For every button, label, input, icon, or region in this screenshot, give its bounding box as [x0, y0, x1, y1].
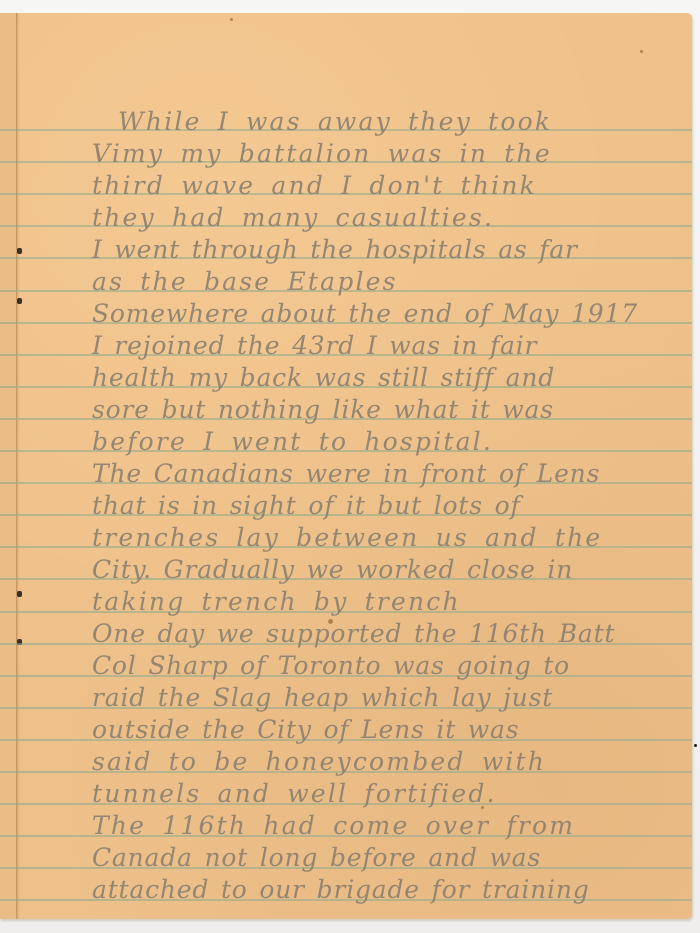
text-line: The 116th had come over from	[92, 811, 687, 841]
text-line: Vimy my battalion was in the	[92, 139, 687, 169]
text-line: sore but nothing like what it was	[92, 395, 687, 425]
text-line: I went through the hospitals as far	[92, 235, 687, 265]
text-line: as the base Etaples	[92, 267, 687, 297]
text-line: third wave and I don't think	[92, 171, 687, 201]
text-line: City. Gradually we worked close in	[92, 555, 687, 585]
text-line: taking trench by trench	[92, 587, 687, 617]
text-line: tunnels and well fortified.	[92, 779, 687, 809]
text-line: said to be honeycombed with	[92, 747, 687, 777]
text-line: The Canadians were in front of Lens	[92, 459, 687, 489]
text-line: raid the Slag heap which lay just	[92, 683, 687, 713]
text-line: One day we supported the 116th Batt	[92, 619, 687, 649]
text-line: outside the City of Lens it was	[92, 715, 687, 745]
text-line: Canada not long before and was	[92, 843, 687, 873]
text-line: I rejoined the 43rd I was in fair	[92, 331, 687, 361]
text-line: Col Sharp of Toronto was going to	[92, 651, 687, 681]
text-line: before I went to hospital.	[92, 427, 687, 457]
handwritten-text: While I was away they took Vimy my batta…	[0, 13, 692, 919]
scan-artifact-dot	[694, 744, 697, 747]
text-line: trenches lay between us and the	[92, 523, 687, 553]
notebook-page: While I was away they took Vimy my batta…	[0, 13, 692, 919]
text-line: While I was away they took	[118, 107, 692, 137]
text-line: that is in sight of it but lots of	[92, 491, 687, 521]
text-line: they had many casualties.	[92, 203, 687, 233]
text-line: attached to our brigade for training	[92, 875, 687, 905]
text-line: Somewhere about the end of May 1917	[92, 299, 687, 329]
text-line: health my back was still stiff and	[92, 363, 687, 393]
